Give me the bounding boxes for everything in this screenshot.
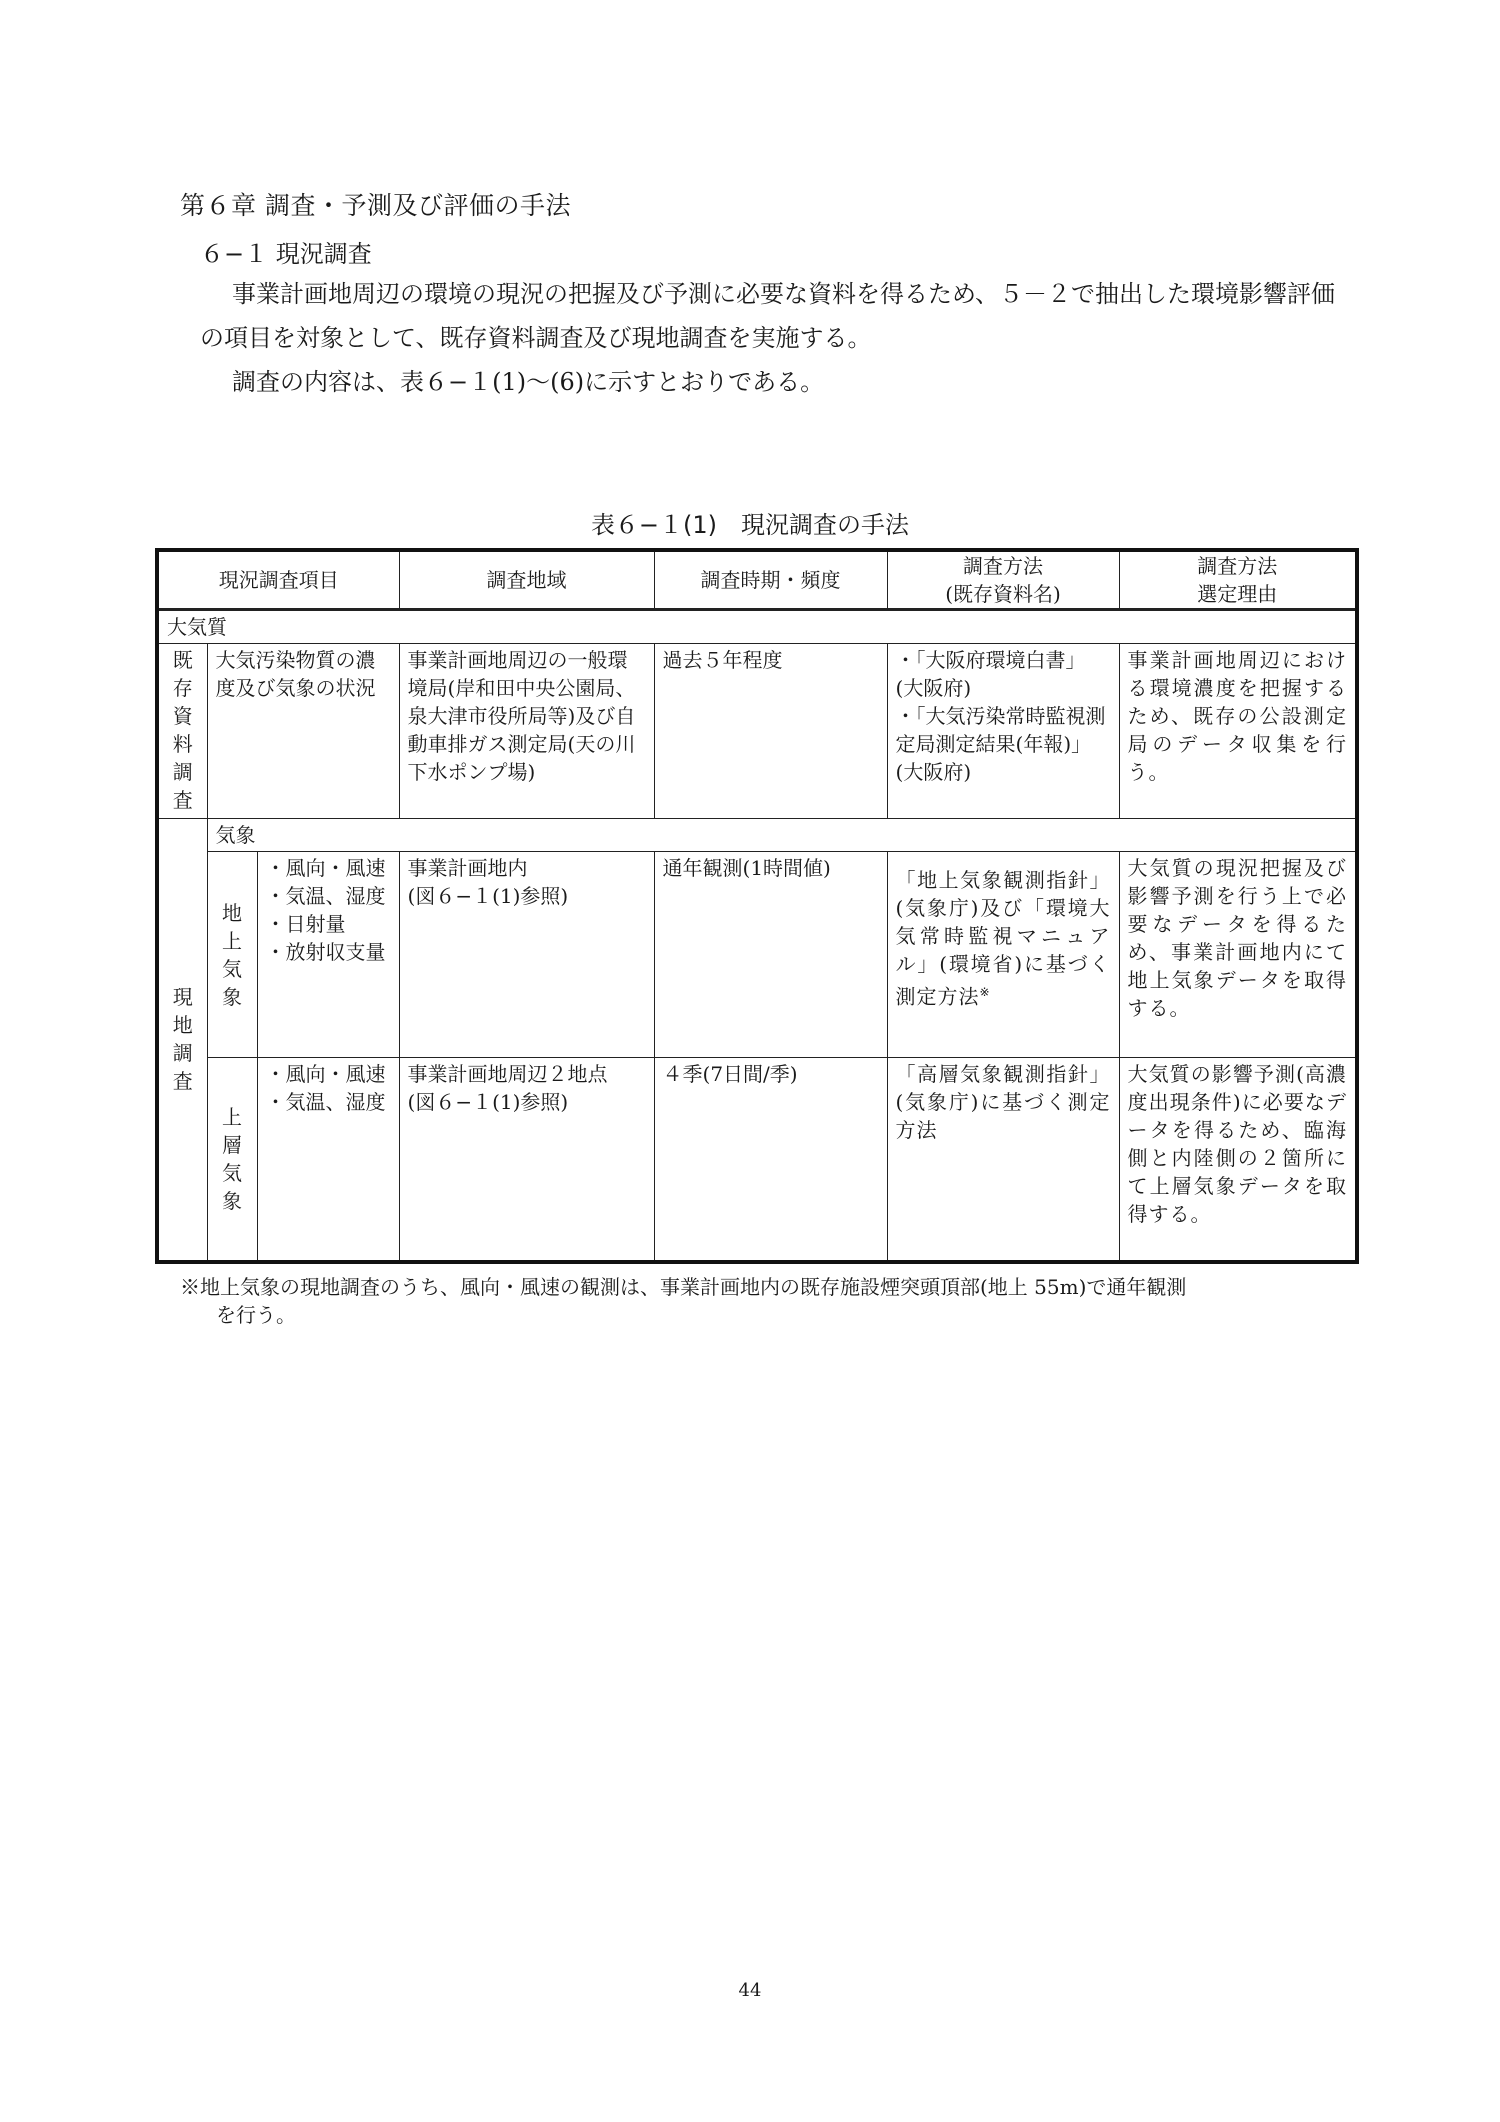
header-item: 現況調査項目 [157,550,399,610]
surface-items: ・風向・風速 ・気温、湿度 ・日射量 ・放射収支量 [257,852,399,1058]
existing-item: 大気汚染物質の濃度及び気象の状況 [207,644,399,819]
upper-method: 「高層気象観測指針」(気象庁)に基づく測定方法 [887,1058,1119,1262]
upper-reason: 大気質の影響予測(高濃度出現条件)に必要なデータを得るため、臨海側と内陸側の２箇… [1119,1058,1357,1262]
header-method: 調査方法 (既存資料名) [887,550,1119,610]
label-upper-weather: 上 層 気 象 [207,1058,257,1262]
reference-paragraph: 調査の内容は、表６−１(1)～(6)に示すとおりである。 [232,360,1372,404]
footnote-line-1: ※地上気象の現地調査のうち、風向・風速の観測は、事業計画地内の既存施設煙突頭頂部… [180,1275,1186,1299]
header-method-line2: (既存資料名) [945,582,1061,606]
existing-period: 過去５年程度 [654,644,887,819]
existing-area: 事業計画地周辺の一般環境局(岸和田中央公園局、泉大津市役所局等)及び自動車排ガス… [399,644,654,819]
note-mark: ※ [980,985,991,999]
survey-methods-table: 現況調査項目 調査地域 調査時期・頻度 調査方法 (既存資料名) 調査方法 選定… [155,548,1359,1264]
chapter-title: 第６章 調査・予測及び評価の手法 [180,186,571,222]
table-row-surface-weather: 地 上 気 象 ・風向・風速 ・気温、湿度 ・日射量 ・放射収支量 事業計画地内… [157,852,1357,1058]
intro-paragraph: 事業計画地周辺の環境の現況の把握及び予測に必要な資料を得るため、５－２で抽出した… [200,272,1340,360]
group-row-air-quality: 大気質 [157,610,1357,644]
category-field-survey: 現 地 調 査 [157,819,207,1262]
page-number: 44 [0,1980,1500,2001]
label-surface-weather: 地 上 気 象 [207,852,257,1058]
header-reason-line1: 調査方法 [1197,554,1277,578]
existing-method-source-2: ・「大気汚染常時監視測定局測定結果(年報)」(大阪府) [896,702,1111,786]
existing-reason: 事業計画地周辺における環境濃度を把握するため、既存の公設測定局のデータ収集を行う… [1119,644,1357,819]
table-row-upper-weather: 上 層 気 象 ・風向・風速 ・気温、湿度 事業計画地周辺２地点 (図６−１(1… [157,1058,1357,1262]
header-reason: 調査方法 選定理由 [1119,550,1357,610]
table-header-row: 現況調査項目 調査地域 調査時期・頻度 調査方法 (既存資料名) 調査方法 選定… [157,550,1357,610]
upper-period: ４季(7日間/季) [654,1058,887,1262]
document-page: 第６章 調査・予測及び評価の手法 ６−１ 現況調査 事業計画地周辺の環境の現況の… [0,0,1500,2122]
table-row-existing-data: 既 存 資 料 調 査 大気汚染物質の濃度及び気象の状況 事業計画地周辺の一般環… [157,644,1357,819]
group-weather: 気象 [207,819,1357,852]
group-air-quality: 大気質 [157,610,1357,644]
existing-method-source-1: ・「大阪府環境白書」(大阪府) [896,646,1111,702]
header-method-line1: 調査方法 [963,554,1043,578]
surface-area: 事業計画地内 (図６−１(1)参照) [399,852,654,1058]
footnote-line-2: を行う。 [180,1301,1360,1329]
upper-area: 事業計画地周辺２地点 (図６−１(1)参照) [399,1058,654,1262]
header-period: 調査時期・頻度 [654,550,887,610]
surface-reason: 大気質の現況把握及び影響予測を行う上で必要なデータを得るため、事業計画地内にて地… [1119,852,1357,1058]
existing-method: ・「大阪府環境白書」(大阪府) ・「大気汚染常時監視測定局測定結果(年報)」(大… [887,644,1119,819]
surface-method: 「地上気象観測指針」(気象庁)及び「環境大気常時監視マニュアル」(環境省)に基づ… [887,852,1119,1058]
table-footnote: ※地上気象の現地調査のうち、風向・風速の観測は、事業計画地内の既存施設煙突頭頂部… [180,1273,1360,1329]
category-existing-data: 既 存 資 料 調 査 [157,644,207,819]
group-row-weather: 現 地 調 査 気象 [157,819,1357,852]
section-title: ６−１ 現況調査 [200,234,372,269]
table-caption: 表６−１(1) 現況調査の手法 [0,505,1500,540]
header-reason-line2: 選定理由 [1197,582,1277,606]
surface-period: 通年観測(1時間値) [654,852,887,1058]
upper-items: ・風向・風速 ・気温、湿度 [257,1058,399,1262]
header-area: 調査地域 [399,550,654,610]
